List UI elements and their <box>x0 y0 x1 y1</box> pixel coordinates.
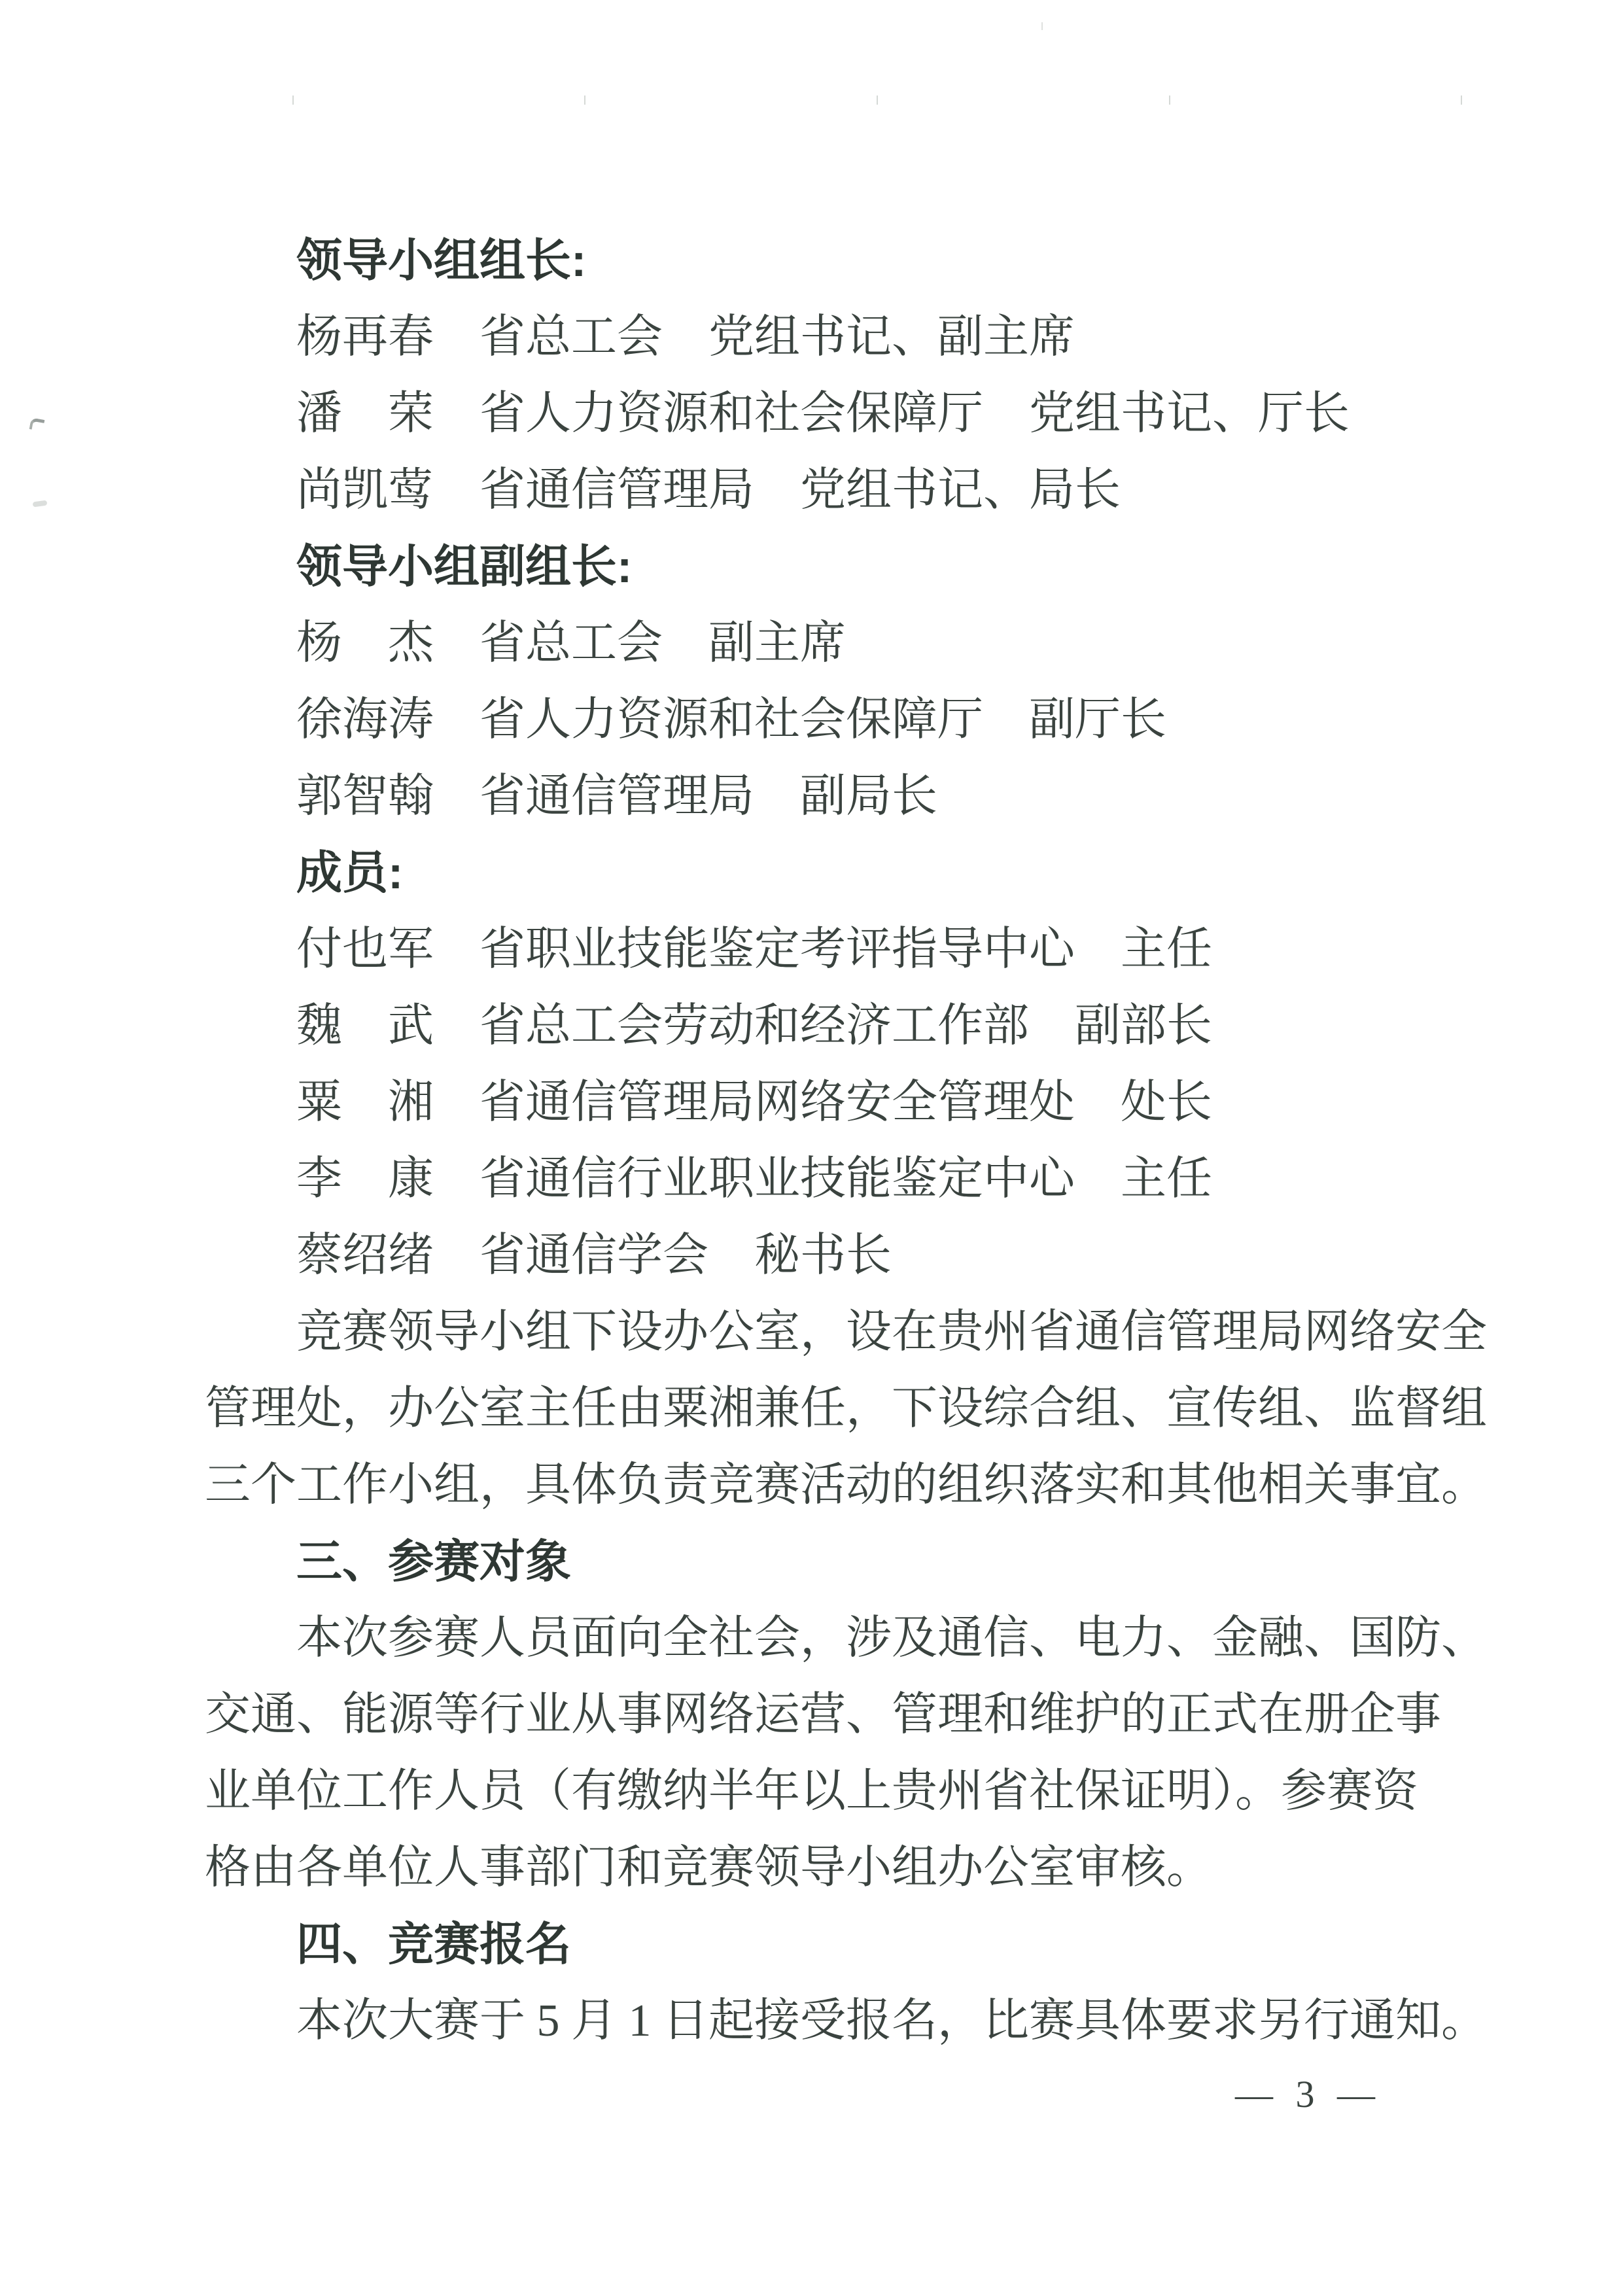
heading-group-leader: 领导小组组长: <box>205 222 1497 299</box>
deputy-line-yang-jie: 杨 杰 省总工会 副主席 <box>205 605 1497 682</box>
heading-members: 成员: <box>205 835 1497 911</box>
member-line-fu-yejun: 付也军 省职业技能鉴定考评指导中心 主任 <box>205 911 1497 988</box>
scan-artifact-tick <box>1169 96 1170 105</box>
heading-section-4-registration: 四、竞赛报名 <box>205 1906 1497 1983</box>
document-page: 领导小组组长: 杨再春 省总工会 党组书记、副主席 潘 荣 省人力资源和社会保障… <box>0 0 1623 2296</box>
scan-artifact-tick <box>292 96 294 105</box>
member-line-cai-shaoxu: 蔡绍绪 省通信学会 秘书长 <box>205 1217 1497 1294</box>
heading-section-3-participants: 三、参赛对象 <box>205 1523 1497 1600</box>
deputy-line-xu-haitao: 徐海涛 省人力资源和社会保障厅 副厅长 <box>205 682 1497 758</box>
scan-smudge <box>33 500 48 508</box>
text-block: 领导小组组长: 杨再春 省总工会 党组书记、副主席 潘 荣 省人力资源和社会保障… <box>205 222 1497 2059</box>
page-number: — 3 — <box>1235 2075 1382 2114</box>
participants-paragraph-line-1: 本次参赛人员面向全社会，涉及通信、电力、金融、国防、 <box>205 1600 1497 1677</box>
member-line-li-kang: 李 康 省通信行业职业技能鉴定中心 主任 <box>205 1141 1497 1217</box>
heading-deputy-group-leader: 领导小组副组长: <box>205 529 1497 605</box>
office-paragraph-line-3: 三个工作小组，具体负责竞赛活动的组织落实和其他相关事宜。 <box>205 1447 1497 1523</box>
scan-smudge <box>29 417 45 431</box>
registration-paragraph-line-1: 本次大赛于 5 月 1 日起接受报名，比赛具体要求另行通知。 <box>205 1983 1497 2059</box>
member-line-wei-wu: 魏 武 省总工会劳动和经济工作部 副部长 <box>205 988 1497 1064</box>
deputy-line-guo-zhihan: 郭智翰 省通信管理局 副局长 <box>205 758 1497 835</box>
leader-line-shang-kaiying: 尚凯莺 省通信管理局 党组书记、局长 <box>205 452 1497 529</box>
member-line-su-xiang: 粟 湘 省通信管理局网络安全管理处 处长 <box>205 1064 1497 1141</box>
participants-paragraph-line-4: 格由各单位人事部门和竞赛领导小组办公室审核。 <box>205 1830 1497 1906</box>
participants-paragraph-line-2: 交通、能源等行业从事网络运营、管理和维护的正式在册企事 <box>205 1677 1497 1753</box>
scan-artifact-tick <box>1041 22 1043 30</box>
scan-artifact-tick <box>1461 96 1462 105</box>
leader-line-yang-zaichun: 杨再春 省总工会 党组书记、副主席 <box>205 299 1497 375</box>
scan-artifact-tick <box>877 96 878 105</box>
scan-artifact-tick <box>584 96 585 105</box>
participants-paragraph-line-3: 业单位工作人员（有缴纳半年以上贵州省社保证明）。参赛资 <box>205 1753 1497 1830</box>
office-paragraph-line-1: 竞赛领导小组下设办公室，设在贵州省通信管理局网络安全 <box>205 1294 1497 1370</box>
office-paragraph-line-2: 管理处，办公室主任由粟湘兼任，下设综合组、宣传组、监督组 <box>205 1370 1497 1447</box>
leader-line-pan-rong: 潘 荣 省人力资源和社会保障厅 党组书记、厅长 <box>205 375 1497 452</box>
